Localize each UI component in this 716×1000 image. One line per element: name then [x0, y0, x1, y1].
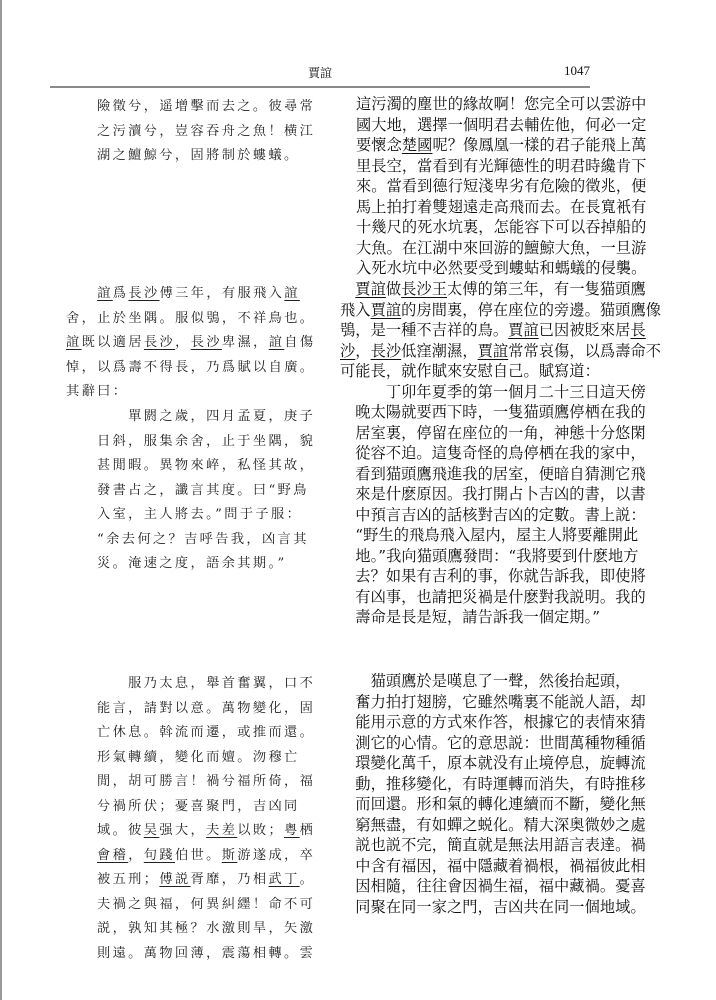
proper-name: 誼: [66, 335, 82, 350]
page-number: 1047: [564, 63, 590, 79]
text-line: 丁卯年夏季的第一個月二十三日這天傍: [340, 382, 660, 403]
text-line: 説，孰知其極？水激則旱，矢激: [97, 917, 337, 942]
proper-name: 賈誼: [371, 301, 402, 319]
text-line: 地。”我向猫頭鷹發問：“我將要到什麽地方: [340, 546, 660, 567]
text-segment: ，: [128, 848, 144, 863]
proper-name: 楚國: [402, 136, 433, 154]
proper-name: 長沙: [144, 335, 175, 350]
text-line: 馬上拍打着雙翅遠走高飛而去。在長寬衹有: [356, 197, 656, 218]
text-line: 鴞，是一種不吉祥的鳥。賈誼已因被貶來居長: [340, 320, 660, 341]
text-segment: 以敗；: [237, 823, 284, 838]
text-segment: 其辭曰：: [66, 384, 128, 399]
text-segment: 有凶事，也請把災禍是什麽對我説明。我的: [340, 588, 646, 606]
running-title: 賈誼: [50, 64, 590, 81]
text-line: 大魚。在江湖中來回游的鱣鯨大魚，一旦游: [356, 238, 656, 259]
text-segment: 十幾尺的死水坑裏，怎能容下可以吞掉船的: [356, 218, 646, 236]
original-text-block-4: 服乃太息，舉首奮翼，口不能言，請對以意。萬物變化，固亡休息。斡流而遷，或推而還。…: [97, 672, 337, 966]
proper-name: 斯: [222, 848, 238, 863]
text-segment: [66, 286, 97, 301]
text-line: 兮禍所伏；憂喜聚門，吉凶同: [97, 795, 337, 820]
text-line: 亡休息。斡流而遷，或推而還。: [97, 721, 337, 746]
text-segment: [340, 280, 355, 298]
text-segment: 動，推移變化，有時運轉而消失，有時推移: [340, 775, 646, 793]
text-line: 甚閒暇。異物來崪，私怪其故，: [97, 454, 337, 479]
text-segment: 奮力拍打翅膀，它雖然嘴裏不能説人語，却: [340, 693, 646, 711]
text-line: 舍，止於坐隅。服似鴞，不祥鳥也。: [66, 307, 336, 332]
text-segment: 游遂成，卒: [237, 848, 315, 863]
text-line: 中含有福因，福中隱藏着禍根，禍福彼此相: [340, 856, 660, 877]
text-segment: 呢？像鳳凰一樣的君子能飛上萬: [432, 136, 646, 154]
text-segment: 窮無盡，有如蟬之蜕化。精大深奥微妙之處: [340, 816, 646, 834]
translation-block-3: 猫頭鷹於是嘆息了一聲，然後抬起頭， 奮力拍打翅膀，它雖然嘴裏不能説人語，却 能用…: [340, 671, 660, 917]
text-line: 其辭曰：: [66, 380, 336, 405]
text-segment: 飛入: [340, 301, 371, 319]
text-segment: 居室裏，停留在座位的一角，神態十分悠閑: [340, 424, 646, 442]
text-segment: 壽命是長是短，請告訴我一個定期。”: [340, 608, 600, 626]
text-segment: 來是什麽原因。我打開占卜吉凶的書，以書: [340, 485, 646, 503]
text-segment: 馬上拍打着雙翅遠走高飛而去。在長寬衹有: [356, 198, 646, 216]
proper-name: 長沙: [371, 342, 402, 360]
text-segment: 説，孰知其極？水激則旱，矢激: [97, 921, 315, 936]
text-line: 會稽，句踐伯世。斯游遂成，卒: [97, 844, 337, 869]
running-header: 賈誼 1047: [50, 62, 590, 84]
proper-name: 賈誼: [508, 321, 539, 339]
text-line: 動，推移變化，有時運轉而消失，有時推移: [340, 774, 660, 795]
text-line: 因相隨，往往會因禍生福，福中藏禍。憂喜: [340, 876, 660, 897]
text-segment: 自傷: [284, 335, 315, 350]
text-segment: 中預言吉凶的話核對吉凶的定數。書上説：: [340, 506, 646, 524]
text-line: 看到猫頭鷹飛進我的居室，便暗自猜測它飛: [340, 464, 660, 485]
text-line: 之污瀆兮，豈容吞舟之魚！横江: [97, 120, 337, 145]
text-segment: 因相隨，往往會因禍生福，福中藏禍。憂喜: [340, 877, 646, 895]
text-segment: 晚太陽就要西下時，一隻猫頭鷹停栖在我的: [340, 403, 646, 421]
text-line: 單閼之歲，四月孟夏，庚子: [97, 405, 337, 430]
text-line: 賈誼做長沙王太傅的第三年，有一隻猫頭鷹: [340, 279, 660, 300]
text-segment: 能用示意的方式來作答，根據它的表情來猜: [340, 713, 646, 731]
text-segment: 丁卯年夏季的第一個月二十三日這天傍: [340, 383, 646, 401]
proper-name: 誼: [269, 335, 285, 350]
proper-name: 吴: [144, 823, 160, 838]
original-text-block-2: 誼爲長沙傅三年，有服飛入誼舍，止於坐隅。服似鴞，不祥鳥也。誼既以適居長沙，長沙卑…: [66, 282, 336, 405]
text-line: 居室裏，停留在座位的一角，神態十分悠閑: [340, 423, 660, 444]
text-segment: 服乃太息，舉首奮翼，口不: [97, 676, 315, 691]
text-segment: 看到猫頭鷹飛進我的居室，便暗自猜測它飛: [340, 465, 646, 483]
text-line: 能用示意的方式來作答，根據它的表情來猜: [340, 712, 660, 733]
text-segment: 而回還。形和氣的轉化連續而不斷，變化無: [340, 795, 646, 813]
text-line: 十幾尺的死水坑裏，怎能容下可以吞掉船的: [356, 217, 656, 238]
proper-name: 長: [630, 321, 645, 339]
text-segment: 鴞，是一種不吉祥的鳥。: [340, 321, 508, 339]
text-line: “余去何之？吉呼告我，凶言其: [97, 528, 337, 553]
text-segment: 夫禍之與福，何異糾纆！命不可: [97, 897, 315, 912]
original-text-block-1: 險徵兮，遥增擊而去之。彼尋常 之污瀆兮，豈容吞舟之魚！横江 湖之鱣鯨兮，固將制於…: [97, 95, 337, 169]
proper-name: 句踐: [144, 848, 175, 863]
text-segment: 域。彼: [97, 823, 144, 838]
text-line: 窮無盡，有如蟬之蜕化。精大深奥微妙之處: [340, 815, 660, 836]
text-segment: 。: [300, 872, 316, 887]
text-segment: 舍，止於坐隅。服似鴞，不祥鳥也。: [66, 311, 315, 326]
text-segment: 從容不迫。這隻奇怪的鳥停栖在我的家中，: [340, 444, 646, 462]
text-line: 湖之鱣鯨兮，固將制於螻蟻。: [97, 144, 337, 169]
text-line: 入室，主人將去。”問于子服：: [97, 503, 337, 528]
text-segment: 同聚在同一家之門，吉凶共在同一個地域。: [340, 898, 646, 916]
text-segment: 中含有福因，福中隱藏着禍根，禍福彼此相: [340, 857, 646, 875]
text-line: 這污濁的塵世的緣故啊！您完全可以雲游中: [356, 94, 656, 115]
proper-name: 賈誼: [478, 342, 509, 360]
text-segment: 栖: [300, 823, 316, 838]
text-line: “野生的飛鳥飛入屋内，屋主人將要離開此: [340, 525, 660, 546]
translation-block-1: 這污濁的塵世的緣故啊！您完全可以雲游中國大地，選擇一個明君去輔佐他，何必一定要懷…: [356, 94, 656, 279]
text-line: 入死水坑中必然要受到螻蛄和螞蟻的侵襲。: [356, 258, 656, 279]
text-segment: 去？如果有吉利的事，你就告訴我，即使將: [340, 567, 646, 585]
proper-name: 長沙: [191, 335, 222, 350]
text-segment: ，: [355, 342, 370, 360]
text-line: 來是什麽原因。我打開占卜吉凶的書，以書: [340, 484, 660, 505]
text-segment: ，: [175, 335, 191, 350]
text-segment: 測它的心情。它的意思説：世間萬種物種循: [340, 734, 646, 752]
text-line: 從容不迫。這隻奇怪的鳥停栖在我的家中，: [340, 443, 660, 464]
text-line: 形氣轉續，變化而嬗。沕穆亡: [97, 746, 337, 771]
text-line: 壽命是長是短，請告訴我一個定期。”: [340, 607, 660, 628]
proper-name: 武丁: [268, 872, 299, 887]
proper-name: 誼: [284, 286, 300, 301]
text-line: 同聚在同一家之門，吉凶共在同一個地域。: [340, 897, 660, 918]
text-segment: 形氣轉續，變化而嬗。沕穆亡: [97, 750, 300, 765]
text-segment: 低窪潮濕，: [401, 342, 477, 360]
text-segment: 可能長，就作賦來安慰自己。賦寫道：: [340, 362, 600, 380]
proper-name: 會稽: [97, 848, 128, 863]
text-line: 可能長，就作賦來安慰自己。賦寫道：: [340, 361, 660, 382]
proper-name: 傅説: [159, 872, 190, 887]
text-segment: 爲: [113, 286, 129, 301]
text-line: 域。彼吴强大，夫差以敗；粤栖: [97, 819, 337, 844]
text-segment: 强大，: [159, 823, 206, 838]
text-line: 要懷念楚國呢？像鳳凰一樣的君子能飛上萬: [356, 135, 656, 156]
text-segment: 悼，以爲壽不得長，乃爲賦以自廣。: [66, 360, 315, 375]
text-segment: 來。當看到德行短淺卑劣有危險的徵兆，便: [356, 177, 646, 195]
text-line: 中預言吉凶的話核對吉凶的定數。書上説：: [340, 505, 660, 526]
text-line: 有凶事，也請把災禍是什麽對我説明。我的: [340, 587, 660, 608]
text-segment: 傅三年，有服飛入: [160, 286, 285, 301]
proper-name: 粤: [284, 823, 300, 838]
text-segment: 入死水坑中必然要受到螻蛄和螞蟻的侵襲。: [356, 259, 646, 277]
page-left-edge: [0, 0, 2, 1000]
text-segment: 猫頭鷹於是嘆息了一聲，然後抬起頭，: [340, 672, 630, 690]
text-line: 閒，胡可勝言！禍兮福所倚，福: [97, 770, 337, 795]
text-line: 被五刑；傅説胥靡，乃相武丁。: [97, 868, 337, 893]
text-line: 誼爲長沙傅三年，有服飛入誼: [66, 282, 336, 307]
text-line: 説也説不完，簡直就是無法用語言表達。禍: [340, 835, 660, 856]
text-line: 奮力拍打翅膀，它雖然嘴裏不能説人語，却: [340, 692, 660, 713]
text-segment: 要懷念: [356, 136, 402, 154]
text-line: 飛入賈誼的房間裏，停在座位的旁邊。猫頭鷹像: [340, 300, 660, 321]
text-segment: 大魚。在江湖中來回游的鱣鯨大魚，一旦游: [356, 239, 646, 257]
text-line: 測它的心情。它的意思説：世間萬種物種循: [340, 733, 660, 754]
text-line: 夫禍之與福，何異糾纆！命不可: [97, 893, 337, 918]
translation-block-2: 賈誼做長沙王太傅的第三年，有一隻猫頭鷹飛入賈誼的房間裏，停在座位的旁邊。猫頭鷹像…: [340, 279, 660, 628]
text-segment: 已因被貶來居: [539, 321, 631, 339]
text-segment: 既以適居: [82, 335, 144, 350]
proper-name: 賈誼: [355, 280, 386, 298]
proper-name: 誼: [97, 286, 113, 301]
text-line: 日斜，服集余舍，止于坐隅，貌: [97, 430, 337, 455]
proper-name: 夫差: [206, 823, 237, 838]
text-segment: 這污濁的塵世的緣故啊！您完全可以雲游中: [356, 95, 646, 113]
text-line: 猫頭鷹於是嘆息了一聲，然後抬起頭，: [340, 671, 660, 692]
text-segment: 閒，胡可勝言！禍兮福所倚，福: [97, 774, 315, 789]
proper-name: 長沙: [128, 286, 159, 301]
text-segment: 伯世。: [175, 848, 222, 863]
proper-name: 長沙王: [401, 280, 447, 298]
text-line: 災。淹速之度，語余其期。”: [97, 552, 337, 577]
text-line: 能言，請對以意。萬物變化，固: [97, 697, 337, 722]
text-segment: 太傅的第三年，有一隻猫頭鷹: [447, 280, 646, 298]
text-segment: 的房間裏，停在座位的旁邊。猫頭鷹像: [401, 301, 661, 319]
text-line: 而回還。形和氣的轉化連續而不斷，變化無: [340, 794, 660, 815]
text-line: 誼既以適居長沙，長沙卑濕，誼自傷: [66, 331, 336, 356]
text-line: 里長空，當看到有光輝德性的明君時纔肯下: [356, 156, 656, 177]
text-line: 服乃太息，舉首奮翼，口不: [97, 672, 337, 697]
text-line: 險徵兮，遥增擊而去之。彼尋常: [97, 95, 337, 120]
text-line: 晚太陽就要西下時，一隻猫頭鷹停栖在我的: [340, 402, 660, 423]
text-line: 來。當看到德行短淺卑劣有危險的徵兆，便: [356, 176, 656, 197]
text-line: 發書占之，讖言其度。曰“野鳥: [97, 479, 337, 504]
text-segment: “野生的飛鳥飛入屋内，屋主人將要離開此: [340, 526, 638, 544]
text-segment: 被五刑；: [97, 872, 159, 887]
text-segment: 地。”我向猫頭鷹發問：“我將要到什麽地方: [340, 547, 639, 565]
text-line: 沙，長沙低窪潮濕，賈誼常常哀傷，以爲壽命不: [340, 341, 660, 362]
header-rule: [50, 86, 590, 88]
text-line: 悼，以爲壽不得長，乃爲賦以自廣。: [66, 356, 336, 381]
text-segment: 常常哀傷，以爲壽命不: [508, 342, 661, 360]
text-segment: 做: [386, 280, 401, 298]
text-line: 去？如果有吉利的事，你就告訴我，即使將: [340, 566, 660, 587]
text-segment: 則遠。萬物回薄，震蕩相轉。雲: [97, 946, 315, 961]
text-line: 環變化萬千，原本就没有止境停息，旋轉流: [340, 753, 660, 774]
text-segment: 國大地，選擇一個明君去輔佐他，何必一定: [356, 116, 646, 134]
text-segment: 卑濕，: [222, 335, 269, 350]
text-segment: 能言，請對以意。萬物變化，固: [97, 701, 315, 716]
text-segment: 兮禍所伏；憂喜聚門，吉凶同: [97, 799, 300, 814]
proper-name: 沙: [340, 342, 355, 360]
text-line: 則遠。萬物回薄，震蕩相轉。雲: [97, 942, 337, 967]
text-segment: 胥靡，乃相: [191, 872, 269, 887]
original-text-block-3: 單閼之歲，四月孟夏，庚子 日斜，服集余舍，止于坐隅，貌 甚閒暇。異物來崪，私怪其…: [97, 405, 337, 577]
text-segment: 説也説不完，簡直就是無法用語言表達。禍: [340, 836, 646, 854]
text-line: 國大地，選擇一個明君去輔佐他，何必一定: [356, 115, 656, 136]
text-segment: 里長空，當看到有光輝德性的明君時纔肯下: [356, 157, 646, 175]
text-segment: 亡休息。斡流而遷，或推而還。: [97, 725, 315, 740]
text-segment: 環變化萬千，原本就没有止境停息，旋轉流: [340, 754, 646, 772]
